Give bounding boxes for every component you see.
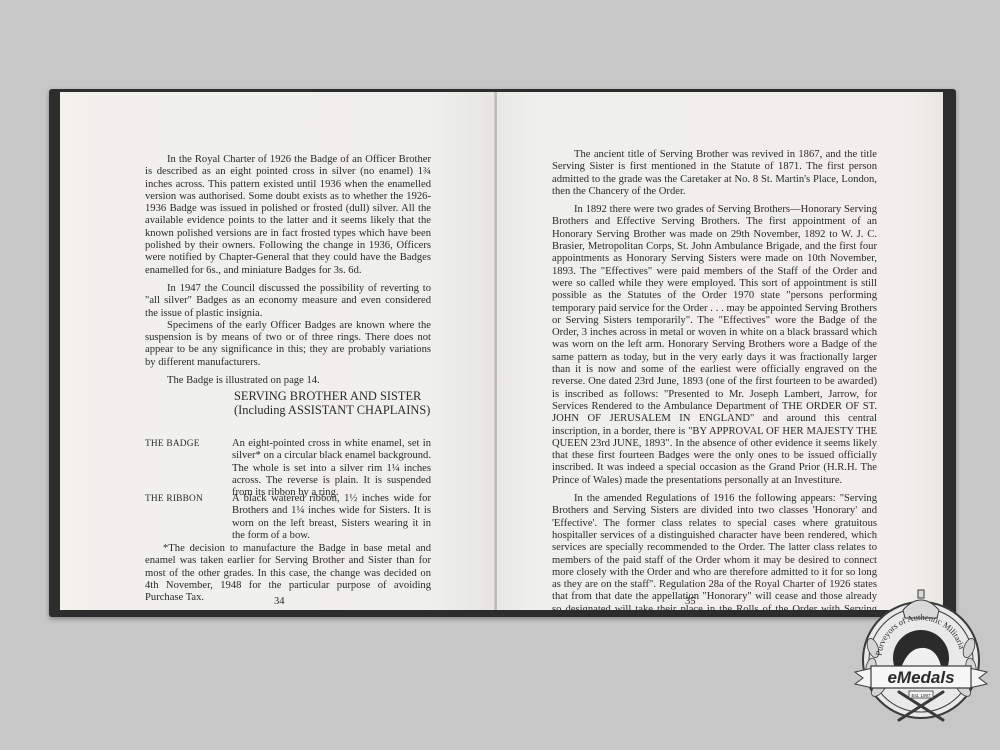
definition-term: THE BADGE	[145, 438, 235, 450]
paragraph: Specimens of the early Officer Badges ar…	[145, 320, 431, 369]
emedals-badge-icon: Purveyors of Authentic Militaria eMedals…	[851, 588, 991, 728]
section-heading: SERVING BROTHER AND SISTER (Including AS…	[234, 389, 430, 417]
right-page-body: The ancient title of Serving Brother was…	[552, 149, 877, 610]
right-page: The ancient title of Serving Brother was…	[497, 92, 943, 610]
page-number-left: 34	[274, 596, 285, 607]
paragraph: In 1892 there were two grades of Serving…	[552, 204, 877, 487]
section-title: SERVING BROTHER AND SISTER	[234, 389, 430, 403]
emedals-watermark-logo: Purveyors of Authentic Militaria eMedals…	[851, 588, 991, 728]
left-page-body: In the Royal Charter of 1926 the Badge o…	[145, 154, 431, 393]
svg-text:Est. 1997: Est. 1997	[911, 693, 931, 698]
definition-description: A black watered ribbon, 1½ inches wide f…	[232, 493, 431, 542]
footnote: *The decision to manufacture the Badge i…	[145, 543, 431, 610]
paragraph: In the Royal Charter of 1926 the Badge o…	[145, 154, 431, 277]
section-subtitle: (Including ASSISTANT CHAPLAINS)	[234, 403, 430, 417]
left-page: In the Royal Charter of 1926 the Badge o…	[60, 92, 495, 610]
paragraph: In the amended Regulations of 1916 the f…	[552, 493, 877, 610]
paragraph: The ancient title of Serving Brother was…	[552, 149, 877, 198]
svg-text:eMedals: eMedals	[887, 668, 954, 687]
footnote-text: *The decision to manufacture the Badge i…	[145, 543, 431, 604]
definition-description: An eight-pointed cross in white enamel, …	[232, 438, 431, 499]
definition-term: THE RIBBON	[145, 493, 235, 505]
definition-badge: THE BADGE An eight-pointed cross in whit…	[145, 438, 431, 499]
page-number-right: 35	[685, 596, 696, 607]
definition-ribbon: THE RIBBON A black watered ribbon, 1½ in…	[145, 493, 431, 542]
paragraph: In 1947 the Council discussed the possib…	[145, 283, 431, 320]
paragraph: The Badge is illustrated on page 14.	[145, 375, 431, 387]
